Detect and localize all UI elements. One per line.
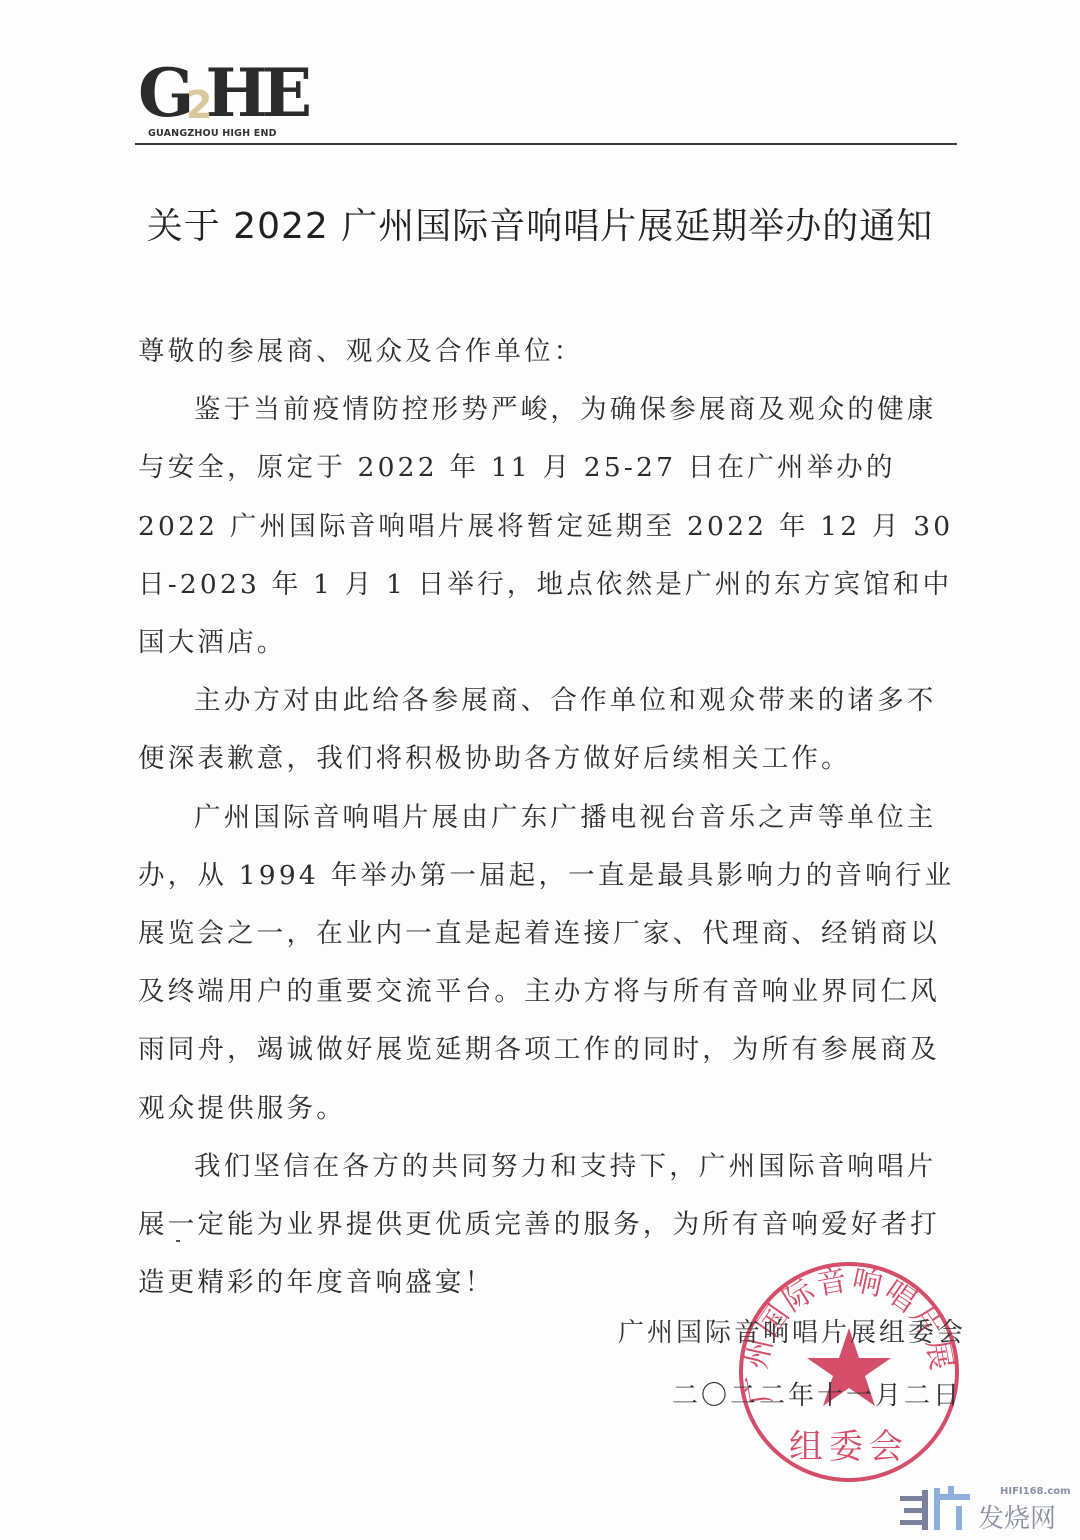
watermark-logo-icon: [900, 1484, 978, 1532]
header-divider: [135, 143, 957, 145]
salutation: 尊敬的参展商、观众及合作单位：: [138, 323, 958, 381]
paragraph-1: 鉴于当前疫情防控形势严峻，为确保参展商及观众的健康与安全，原定于 2022 年 …: [138, 381, 958, 672]
paragraph-2: 主办方对由此给各参展商、合作单位和观众带来的诸多不便深表歉意，我们将积极协助各方…: [138, 672, 958, 788]
paragraph-3: 广州国际音响唱片展由广东广播电视台音乐之声等单位主办，从 1994 年举办第一届…: [138, 789, 958, 1138]
document-body: 尊敬的参展商、观众及合作单位： 鉴于当前疫情防控形势严峻，为确保参展商及观众的健…: [138, 323, 958, 1312]
stray-mark: [176, 1240, 180, 1242]
document-title: 关于 2022 广州国际音响唱片展延期举办的通知: [0, 198, 1080, 249]
logo-accent-digit: 2: [186, 86, 212, 124]
seal-bottom-text: 组委会: [789, 1427, 909, 1467]
document-page: G HE 2 GUANGZHOU HIGH END 关于 2022 广州国际音响…: [0, 0, 1080, 1540]
official-seal-icon: 广州国际音响唱片展 组委会: [735, 1258, 963, 1486]
signature-date: 二〇二二年十一月二日: [672, 1375, 962, 1412]
watermark-name: 发烧网: [978, 1498, 1056, 1535]
signature-organization: 广州国际音响唱片展组委会: [618, 1312, 966, 1349]
ghe-logo: G HE 2 GUANGZHOU HIGH END: [138, 60, 288, 142]
logo-letters: G HE: [138, 60, 306, 126]
watermark-url: HIFI168.com: [1000, 1486, 1071, 1497]
logo-subtitle: GUANGZHOU HIGH END: [148, 128, 277, 139]
site-watermark: HIFI168.com 发烧网: [900, 1484, 1075, 1534]
